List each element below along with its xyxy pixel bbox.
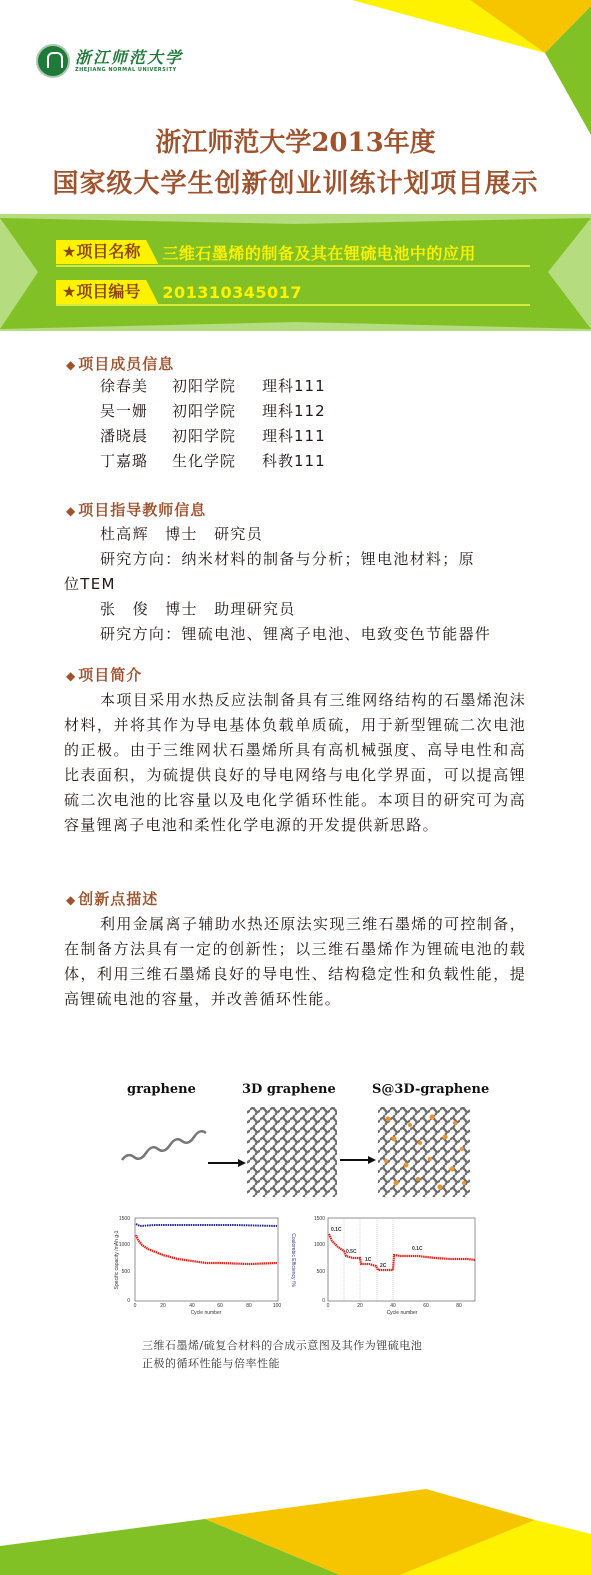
advisor-1-direction: 研究方向：纳米材料的制备与分析；锂电池材料；原 — [100, 547, 475, 572]
summary-heading: ◆项目简介 — [66, 664, 142, 685]
svg-text:Cycle number: Cycle number — [191, 1310, 222, 1316]
advisor-1-direction-cont: 位TEM — [64, 572, 116, 597]
innovation-text: 利用金属离子辅助水热还原法实现三维石墨烯的可控制备，在制备方法具有一定的创新性；… — [64, 912, 526, 1012]
project-name-row: ★项目名称 三维石墨烯的制备及其在锂硫电池中的应用 — [56, 240, 476, 264]
project-name-value: 三维石墨烯的制备及其在锂硫电池中的应用 — [162, 241, 476, 264]
synthesis-figure: graphene 3D graphene S@3D-graphene 15001… — [110, 1075, 500, 1325]
university-logo: 浙江师范大学 ZHEJIANG NORMAL UNIVERSITY — [36, 44, 183, 78]
svg-text:Coulombic Efficiency /%: Coulombic Efficiency /% — [290, 1233, 296, 1287]
svg-text:2C: 2C — [380, 1263, 387, 1269]
caption-line2: 正极的循环性能与倍率性能 — [142, 1355, 422, 1373]
svg-text:60: 60 — [217, 1303, 223, 1309]
advisors-heading: ◆项目指导教师信息 — [66, 499, 206, 520]
svg-text:500: 500 — [317, 1269, 326, 1275]
project-id-row: ★项目编号 201310345017 — [56, 280, 302, 304]
advisor-1-line: 杜高辉 博士 研究员 — [100, 522, 263, 547]
graphene-sheet-icon — [122, 1131, 206, 1160]
logo-chinese-name: 浙江师范大学 — [75, 49, 183, 67]
project-id-value: 201310345017 — [162, 283, 302, 302]
diamond-icon: ◆ — [66, 358, 76, 372]
svg-text:0: 0 — [127, 1298, 130, 1304]
svg-text:100: 100 — [273, 1303, 282, 1309]
svg-text:1000: 1000 — [119, 1242, 130, 1248]
arrow-icon — [208, 1159, 246, 1167]
svg-text:20: 20 — [160, 1303, 166, 1309]
members-list: 徐春美初阳学院理科111 吴一姗初阳学院理科112 潘晓晨初阳学院理科111 丁… — [100, 374, 326, 474]
page-title-line1: 浙江师范大学2013年度 — [0, 122, 591, 159]
svg-text:0.1C: 0.1C — [331, 1227, 342, 1233]
university-emblem-icon — [36, 44, 70, 78]
advisor-2-direction: 研究方向：锂硫电池、锂离子电池、电致变色节能器件 — [100, 622, 491, 647]
svg-text:0: 0 — [322, 1298, 325, 1304]
list-item: 徐春美初阳学院理科111 — [100, 374, 326, 399]
logo-english-name: ZHEJIANG NORMAL UNIVERSITY — [75, 67, 183, 73]
divider — [56, 265, 530, 267]
svg-text:1C: 1C — [365, 1257, 372, 1263]
svg-text:Specific capacity /mAh g-1: Specific capacity /mAh g-1 — [114, 1230, 120, 1289]
project-id-label: ★项目编号 — [56, 280, 158, 304]
caption-line1: 三维石墨烯/硫复合材料的合成示意图及其作为锂硫电池 — [142, 1337, 422, 1355]
rate-performance-chart: 15001000 5000 020 4060 80 Cycle number 0… — [314, 1216, 475, 1316]
diamond-icon: ◆ — [66, 669, 76, 683]
label-s-3d-graphene: S@3D-graphene — [372, 1082, 489, 1097]
diamond-icon: ◆ — [66, 893, 76, 907]
summary-text: 本项目采用水热反应法制备具有三维网络结构的石墨烯泡沫材料，并将其作为导电基体负载… — [64, 688, 526, 838]
svg-text:1000: 1000 — [314, 1242, 325, 1248]
label-graphene: graphene — [127, 1082, 196, 1097]
list-item: 丁嘉璐生化学院科教111 — [100, 449, 326, 474]
svg-text:0.1C: 0.1C — [412, 1246, 423, 1252]
svg-text:60: 60 — [423, 1303, 429, 1309]
svg-text:20: 20 — [357, 1303, 363, 1309]
arrow-icon — [340, 1156, 376, 1164]
advisor-2-line: 张 俊 博士 助理研究员 — [100, 597, 296, 622]
divider — [56, 304, 530, 306]
s-3d-graphene-network — [378, 1107, 470, 1197]
members-heading: ◆项目成员信息 — [66, 353, 174, 374]
diamond-icon: ◆ — [66, 504, 76, 518]
svg-text:0.5C: 0.5C — [346, 1249, 357, 1255]
page-title-line2: 国家级大学生创新创业训练计划项目展示 — [0, 163, 591, 200]
svg-text:80: 80 — [246, 1303, 252, 1309]
cycling-performance-chart: 15001000 5000 020 4060 80100 Cycle numbe… — [114, 1216, 296, 1316]
svg-text:80: 80 — [456, 1303, 462, 1309]
svg-text:40: 40 — [189, 1303, 195, 1309]
project-name-label: ★项目名称 — [56, 240, 158, 264]
svg-text:40: 40 — [390, 1303, 396, 1309]
svg-text:1500: 1500 — [314, 1216, 325, 1222]
innovation-heading: ◆创新点描述 — [66, 888, 158, 909]
list-item: 吴一姗初阳学院理科112 — [100, 399, 326, 424]
svg-text:500: 500 — [122, 1269, 131, 1275]
svg-text:Cycle number: Cycle number — [387, 1310, 418, 1316]
figure-caption: 三维石墨烯/硫复合材料的合成示意图及其作为锂硫电池 正极的循环性能与倍率性能 — [142, 1337, 422, 1373]
label-3d-graphene: 3D graphene — [242, 1082, 336, 1097]
svg-text:0: 0 — [134, 1303, 137, 1309]
svg-text:0: 0 — [327, 1303, 330, 1309]
list-item: 潘晓晨初阳学院理科111 — [100, 424, 326, 449]
3d-graphene-network — [247, 1107, 337, 1197]
svg-text:1500: 1500 — [119, 1216, 130, 1222]
